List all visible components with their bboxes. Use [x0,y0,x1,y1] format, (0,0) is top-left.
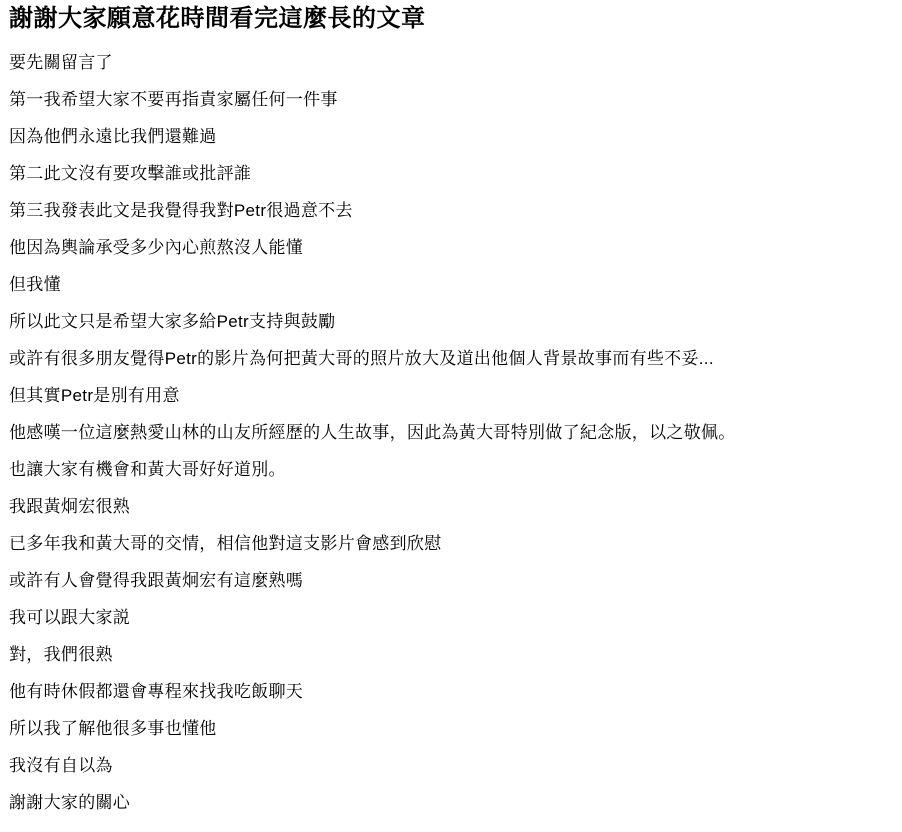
post-line: 謝謝大家的關心 [9,793,892,813]
post-line: 或許有人會覺得我跟黃炯宏有這麼熟嗎 [9,571,892,591]
post-line: 因為他們永遠比我們還難過 [9,127,892,147]
post-line: 他感嘆一位這麼熱愛山林的山友所經歷的人生故事，因此為黃大哥特別做了紀念版，以之敬… [9,423,892,443]
post-line: 第二此文沒有要攻擊誰或批評誰 [9,164,892,184]
post-line: 或許有很多朋友覺得Petr的影片為何把黃大哥的照片放大及道出他個人背景故事而有些… [9,349,892,369]
post-line: 要先關留言了 [9,53,892,73]
post-line: 但我懂 [9,275,892,295]
post-line: 也讓大家有機會和黃大哥好好道別。 [9,460,892,480]
post-line: 所以此文只是希望大家多給Petr支持與鼓勵 [9,312,892,332]
post-line: 他有時休假都還會專程來找我吃飯聊天 [9,682,892,702]
post-line: 他因為輿論承受多少內心煎熬沒人能懂 [9,238,892,258]
post-line: 所以我了解他很多事也懂他 [9,719,892,739]
page: 謝謝大家願意花時間看完這麼長的文章 要先關留言了 第一我希望大家不要再指責家屬任… [0,0,902,832]
post-line: 我沒有自以為 [9,756,892,776]
post-body: 謝謝大家願意花時間看完這麼長的文章 要先關留言了 第一我希望大家不要再指責家屬任… [0,0,902,813]
post-line: 但其實Petr是別有用意 [9,386,892,406]
post-line: 對，我們很熟 [9,645,892,665]
post-line: 第一我希望大家不要再指責家屬任何一件事 [9,90,892,110]
post-line: 已多年我和黃大哥的交情，相信他對這支影片會感到欣慰 [9,534,892,554]
post-line: 我可以跟大家説 [9,608,892,628]
post-line: 第三我發表此文是我覺得我對Petr很過意不去 [9,201,892,221]
post-line: 我跟黃炯宏很熟 [9,497,892,517]
post-title: 謝謝大家願意花時間看完這麼長的文章 [9,3,892,35]
